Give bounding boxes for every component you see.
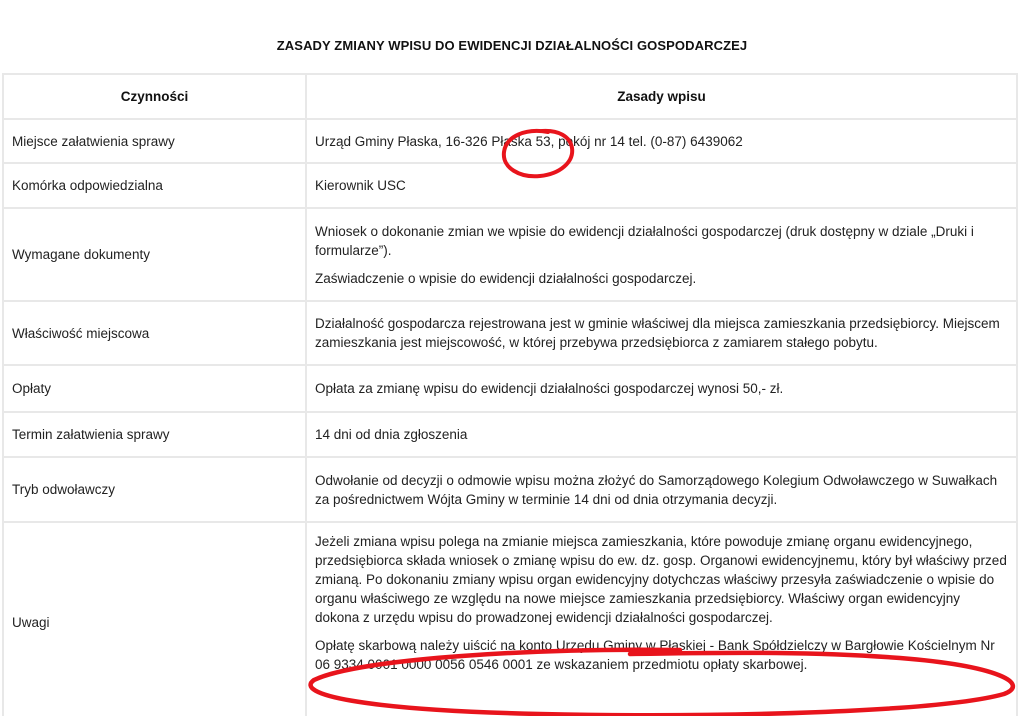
table-row: Tryb odwoławczy Odwołanie od decyzji o o… xyxy=(3,457,1017,522)
table-row: Właściwość miejscowa Działalność gospoda… xyxy=(3,301,1017,365)
row-paragraph: Kierownik USC xyxy=(315,176,1008,195)
row-value: Odwołanie od decyzji o odmowie wpisu moż… xyxy=(306,457,1017,522)
rules-table: Czynności Zasady wpisu Miejsce załatwien… xyxy=(2,73,1018,716)
table-row: Uwagi Jeżeli zmiana wpisu polega na zmia… xyxy=(3,522,1017,716)
row-paragraph: Opłatę skarbową należy uiścić na konto U… xyxy=(315,636,1008,674)
table-header-row: Czynności Zasady wpisu xyxy=(3,74,1017,119)
row-label: Tryb odwoławczy xyxy=(3,457,306,522)
row-paragraph: Wniosek o dokonanie zmian we wpisie do e… xyxy=(315,222,1008,260)
table-row: Komórka odpowiedzialna Kierownik USC xyxy=(3,163,1017,208)
document-page: ZASADY ZMIANY WPISU DO EWIDENCJI DZIAŁAL… xyxy=(0,0,1024,716)
row-value: Urząd Gminy Płaska, 16-326 Płaska 53, po… xyxy=(306,119,1017,163)
row-paragraph: Opłata za zmianę wpisu do ewidencji dzia… xyxy=(315,379,1008,398)
row-label: Wymagane dokumenty xyxy=(3,208,306,301)
row-value: 14 dni od dnia zgłoszenia xyxy=(306,412,1017,457)
row-label: Właściwość miejscowa xyxy=(3,301,306,365)
row-value: Wniosek o dokonanie zmian we wpisie do e… xyxy=(306,208,1017,301)
table-row: Termin załatwienia sprawy 14 dni od dnia… xyxy=(3,412,1017,457)
row-label: Uwagi xyxy=(3,522,306,716)
column-header-activities: Czynności xyxy=(3,74,306,119)
table-row: Miejsce załatwienia sprawy Urząd Gminy P… xyxy=(3,119,1017,163)
table-row: Opłaty Opłata za zmianę wpisu do ewidenc… xyxy=(3,365,1017,412)
row-label: Termin załatwienia sprawy xyxy=(3,412,306,457)
row-value: Działalność gospodarcza rejestrowana jes… xyxy=(306,301,1017,365)
row-paragraph: Odwołanie od decyzji o odmowie wpisu moż… xyxy=(315,471,1008,509)
row-paragraph: Urząd Gminy Płaska, 16-326 Płaska 53, po… xyxy=(315,132,1008,151)
row-label: Opłaty xyxy=(3,365,306,412)
row-value: Kierownik USC xyxy=(306,163,1017,208)
row-label: Miejsce załatwienia sprawy xyxy=(3,119,306,163)
page-title: ZASADY ZMIANY WPISU DO EWIDENCJI DZIAŁAL… xyxy=(0,38,1024,53)
row-value: Jeżeli zmiana wpisu polega na zmianie mi… xyxy=(306,522,1017,716)
row-label: Komórka odpowiedzialna xyxy=(3,163,306,208)
column-header-rules: Zasady wpisu xyxy=(306,74,1017,119)
table-row: Wymagane dokumenty Wniosek o dokonanie z… xyxy=(3,208,1017,301)
row-paragraph: 14 dni od dnia zgłoszenia xyxy=(315,425,1008,444)
row-paragraph: Zaświadczenie o wpisie do ewidencji dzia… xyxy=(315,269,1008,288)
row-value: Opłata za zmianę wpisu do ewidencji dzia… xyxy=(306,365,1017,412)
row-paragraph: Działalność gospodarcza rejestrowana jes… xyxy=(315,314,1008,352)
row-paragraph: Jeżeli zmiana wpisu polega na zmianie mi… xyxy=(315,532,1008,627)
